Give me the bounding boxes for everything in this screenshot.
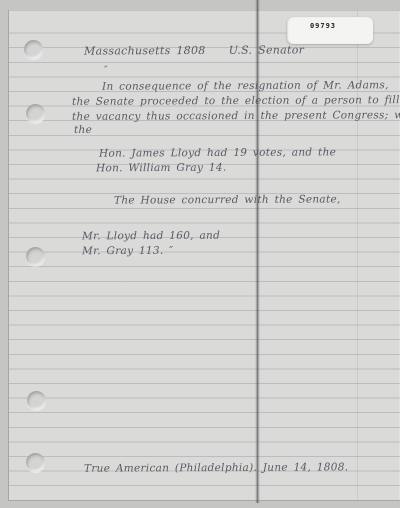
center-crease: [255, 0, 260, 503]
punch-hole: [26, 247, 45, 266]
scanned-document-page: 09793 Massachusetts 1808 U.S. Senator″In…: [0, 0, 400, 508]
handwritten-line: In consequence of the resignation of Mr.…: [102, 78, 389, 94]
punch-hole: [26, 453, 45, 472]
handwritten-line: Mr. Lloyd had 160, and: [82, 229, 220, 244]
handwritten-line: True American (Philadelphia). June 14, 1…: [84, 460, 348, 475]
handwritten-line: Hon. William Gray 14.: [96, 161, 227, 176]
punch-hole: [27, 391, 46, 410]
handwritten-line: Mr. Gray 113. ″: [82, 244, 173, 258]
handwritten-line: The House concurred with the Senate,: [114, 192, 341, 207]
catalog-number: 09793: [287, 22, 359, 30]
handwritten-line: ″: [104, 64, 108, 78]
catalog-label: 09793: [287, 17, 373, 44]
handwritten-line: Massachusetts 1808 U.S. Senator: [84, 43, 304, 58]
handwritten-line: the vacancy thus occasioned in the prese…: [72, 108, 400, 124]
handwritten-line: the Senate proceeded to the election of …: [72, 93, 400, 109]
handwritten-line: Hon. James Lloyd had 19 votes, and the: [99, 145, 336, 160]
punch-hole: [24, 40, 43, 59]
handwritten-line: the: [74, 123, 92, 137]
punch-hole: [26, 104, 45, 123]
